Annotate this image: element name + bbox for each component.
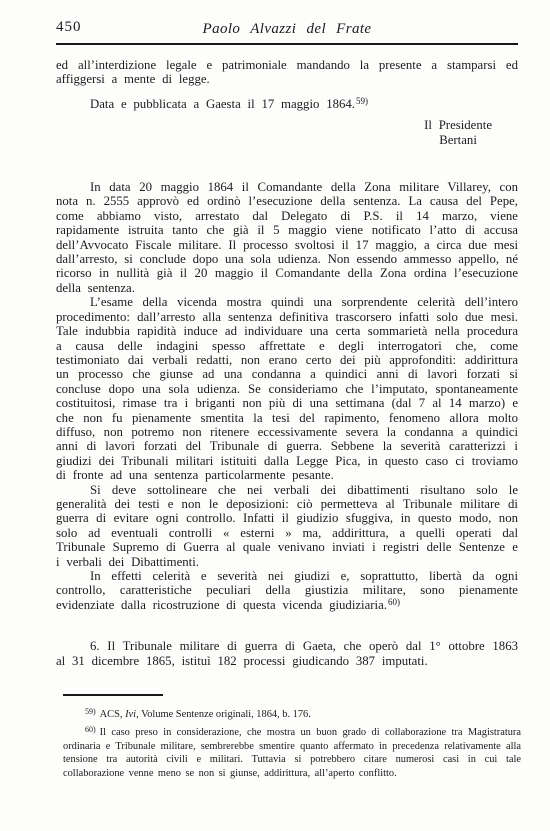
footnote-59-italic: Ivi	[125, 709, 136, 720]
paragraph-in-effetti: In effetti celerità e severità nei giudi…	[56, 569, 518, 612]
paragraph-section-6-text: 6. Il Tribunale militare di guerra di Ga…	[56, 639, 518, 667]
footnote-59-post: , Volume Sentenze originali, 1864, b. 17…	[136, 709, 311, 720]
paragraph-esame: L’esame della vicenda mostra quindi una …	[56, 295, 518, 482]
footnote-ref-60: 60)	[388, 597, 400, 607]
paragraph-esame-text: L’esame della vicenda mostra quindi una …	[56, 295, 518, 482]
footnote-60-text: Il caso preso in considerazione, che mos…	[63, 727, 521, 778]
footnotes-block: 59)ACS, Ivi, Volume Sentenze originali, …	[63, 694, 521, 780]
footnote-60: 60)Il caso preso in considerazione, che …	[63, 726, 521, 780]
header-rule	[56, 43, 518, 45]
paragraph-si-deve-text: Si deve sottolineare che nei verbali dei…	[56, 483, 518, 569]
paragraph-section-6: 6. Il Tribunale militare di guerra di Ga…	[56, 639, 518, 668]
dateline-text: Data e pubblicata a Gaesta il 17 maggio …	[90, 97, 355, 111]
running-title: Paolo Alvazzi del Frate	[56, 17, 518, 38]
footnote-59-pre: ACS,	[100, 709, 125, 720]
page-number: 450	[56, 19, 82, 36]
signature-block: Il Presidente Bertani	[424, 118, 492, 147]
paragraph-in-data: In data 20 maggio 1864 il Comandante del…	[56, 180, 518, 295]
signature-name: Bertani	[424, 133, 492, 147]
paragraph-in-effetti-text: In effetti celerità e severità nei giudi…	[56, 569, 518, 612]
footnote-separator-rule	[63, 694, 163, 696]
paragraph-opening-text: ed all’interdizione legale e patrimonial…	[56, 58, 518, 86]
footnote-59-marker: 59)	[85, 707, 96, 716]
footnote-59: 59)ACS, Ivi, Volume Sentenze originali, …	[63, 708, 521, 721]
footnote-60-marker: 60)	[85, 725, 96, 734]
running-header: 450 Paolo Alvazzi del Frate	[56, 17, 518, 43]
paragraph-in-data-text: In data 20 maggio 1864 il Comandante del…	[56, 180, 518, 295]
paragraph-opening: ed all’interdizione legale e patrimonial…	[56, 58, 518, 87]
paragraph-si-deve: Si deve sottolineare che nei verbali dei…	[56, 483, 518, 569]
dateline: Data e pubblicata a Gaesta il 17 maggio …	[56, 97, 518, 111]
body-text: ed all’interdizione legale e patrimonial…	[56, 58, 518, 668]
signature-role: Il Presidente	[424, 118, 492, 132]
footnote-ref-59: 59)	[356, 96, 368, 106]
scanned-book-page: 450 Paolo Alvazzi del Frate ed all’inter…	[0, 0, 550, 831]
